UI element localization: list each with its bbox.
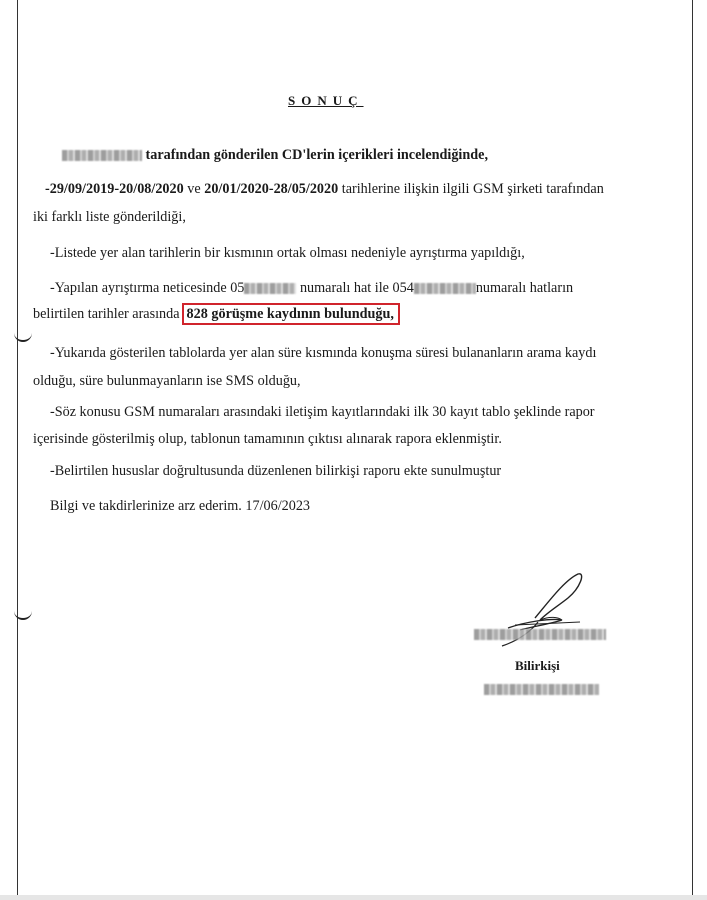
- document-title: SONUÇ: [288, 93, 364, 109]
- paragraph-4: -Yapılan ayrıştırma neticesinde 05 numar…: [50, 279, 573, 297]
- page-right-edge: [692, 0, 693, 896]
- paragraph-4-line-2-text: belirtilen tarihler arasında: [33, 306, 180, 322]
- paragraph-4-text-b: numaralı hat ile 054: [300, 280, 414, 296]
- paragraph-2-text: tarihlerine ilişkin ilgili GSM şirketi t…: [342, 181, 604, 197]
- binding-mark-icon: [14, 608, 32, 620]
- paragraph-2-line-2: iki farklı liste gönderildiği,: [33, 208, 186, 226]
- paragraph-4-text-c: numaralı hatların: [476, 280, 573, 296]
- paragraph-3: -Listede yer alan tarihlerin bir kısmını…: [50, 244, 525, 262]
- redacted-phone-2: [414, 283, 476, 294]
- date-range-1: -29/09/2019-20/08/2020: [45, 181, 184, 197]
- redacted-phone-1: [244, 283, 296, 294]
- paragraph-1: tarafından gönderilen CD'lerin içerikler…: [62, 146, 488, 164]
- paragraph-2: -29/09/2019-20/08/2020 ve 20/01/2020-28/…: [45, 180, 604, 198]
- binding-mark-icon: [14, 330, 32, 342]
- redacted-signatory-id: [484, 684, 599, 695]
- signatory-role: Bilirkişi: [515, 658, 560, 674]
- bottom-strip: [0, 895, 707, 900]
- date-range-2: 20/01/2020-28/05/2020: [204, 181, 338, 197]
- paragraph-6-line-2: içerisinde gösterilmiş olup, tablonun ta…: [33, 430, 502, 448]
- page-left-edge: [17, 0, 18, 896]
- redacted-company: [62, 150, 142, 161]
- connector: ve: [187, 181, 200, 197]
- paragraph-5: -Yukarıda gösterilen tablolarda yer alan…: [50, 344, 596, 362]
- redacted-signatory-name: [474, 629, 606, 640]
- highlighted-finding: 828 görüşme kaydının bulunduğu,: [182, 303, 400, 325]
- paragraph-6: -Söz konusu GSM numaraları arasındaki il…: [50, 403, 595, 421]
- paragraph-5-line-2: olduğu, süre bulunmayanların ise SMS old…: [33, 372, 301, 390]
- paragraph-1-text: tarafından gönderilen CD'lerin içerikler…: [146, 147, 488, 163]
- paragraph-4-text-a: -Yapılan ayrıştırma neticesinde 05: [50, 280, 244, 296]
- paragraph-7: -Belirtilen hususlar doğrultusunda düzen…: [50, 462, 501, 480]
- paragraph-4-line-2: belirtilen tarihler arasında828 görüşme …: [33, 305, 400, 323]
- closing-line: Bilgi ve takdirlerinize arz ederim. 17/0…: [50, 497, 310, 515]
